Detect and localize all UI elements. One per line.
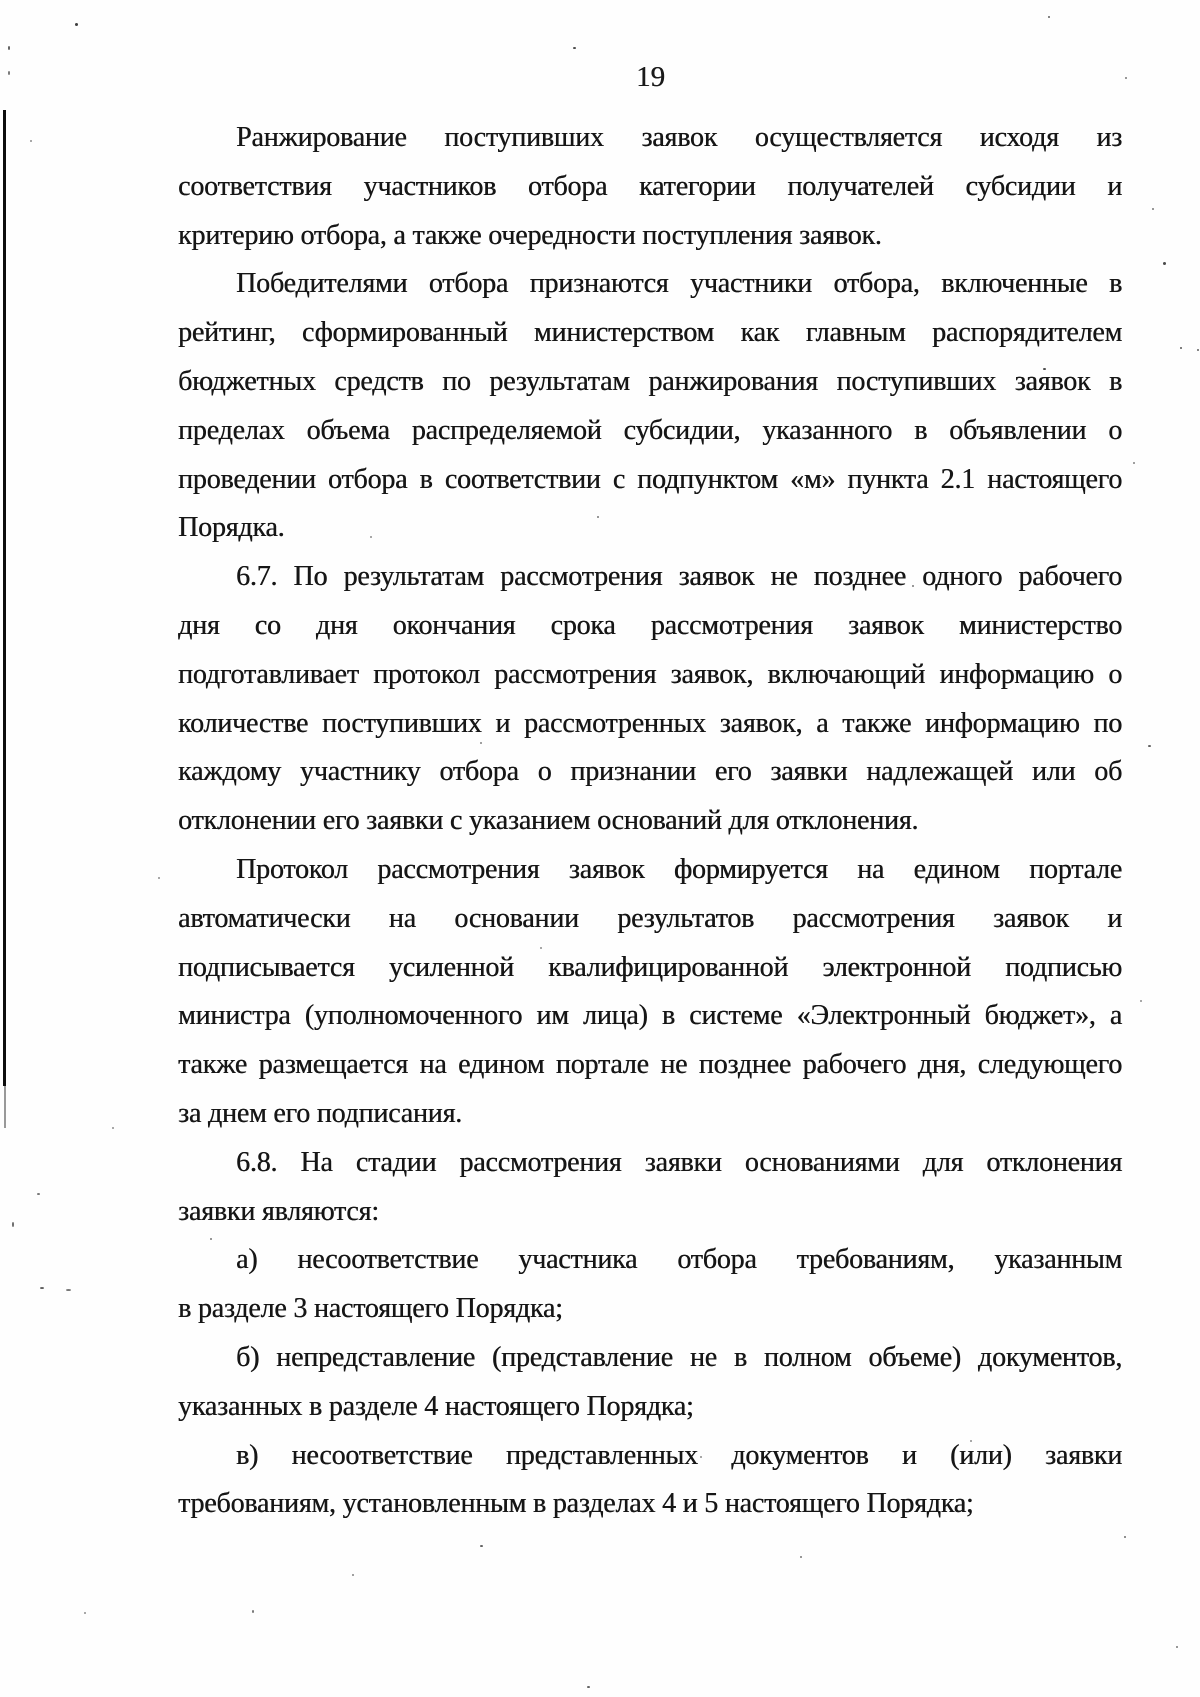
text-line: указанных в разделе 4 настоящего Порядка… xyxy=(178,1383,1122,1432)
scan-speck xyxy=(12,1222,14,1227)
paragraph: 6.8. На стадии рассмотрения заявки основ… xyxy=(178,1139,1122,1237)
scan-speck xyxy=(37,1193,40,1195)
document-body: Ранжирование поступивших заявок осуществ… xyxy=(178,114,1122,1529)
scan-speck xyxy=(84,1612,86,1614)
text-line: отклонении его заявки с указанием основа… xyxy=(178,797,1122,846)
paragraph: Протокол рассмотрения заявок формируется… xyxy=(178,846,1122,1139)
text-line: в разделе 3 настоящего Порядка; xyxy=(178,1285,1122,1334)
text-line: за днем его подписания. xyxy=(178,1090,1122,1139)
text-line: дня со дня окончания срока рассмотрения … xyxy=(178,602,1122,651)
page-number: 19 xyxy=(636,61,665,94)
text-line: соответствия участников отбора категории… xyxy=(178,163,1122,212)
text-line: пределах объема распределяемой субсидии,… xyxy=(178,407,1122,456)
scan-speck xyxy=(1140,1000,1142,1002)
scan-speck xyxy=(1163,262,1166,265)
text-line: подготавливает протокол рассмотрения зая… xyxy=(178,651,1122,700)
scan-edge-line-artifact xyxy=(3,110,6,1086)
scan-speck xyxy=(75,23,78,26)
scan-speck xyxy=(587,1686,590,1688)
scan-speck xyxy=(1180,347,1182,349)
scan-speck xyxy=(352,1574,354,1576)
scan-speck xyxy=(1148,745,1151,747)
scan-speck xyxy=(30,140,32,142)
scan-speck xyxy=(1152,208,1154,210)
text-line: министра (уполномоченного им лица) в сис… xyxy=(178,992,1122,1041)
scan-edge-line-tail-artifact xyxy=(4,1086,6,1128)
scan-speck xyxy=(1048,16,1050,18)
text-line: также размещается на едином портале не п… xyxy=(178,1041,1122,1090)
text-line: требованиям, установленным в разделах 4 … xyxy=(178,1480,1122,1529)
paragraph: а) несоответствие участника отбора требо… xyxy=(178,1236,1122,1334)
scan-speck xyxy=(252,1610,254,1613)
text-line: автоматически на основании результатов р… xyxy=(178,895,1122,944)
text-line: Победителями отбора признаются участники… xyxy=(178,260,1122,309)
paragraph: Ранжирование поступивших заявок осуществ… xyxy=(178,114,1122,260)
text-line: бюджетных средств по результатам ранжиро… xyxy=(178,358,1122,407)
paragraph: 6.7. По результатам рассмотрения заявок … xyxy=(178,553,1122,846)
paragraph: б) непредставление (представление не в п… xyxy=(178,1334,1122,1432)
scan-speck xyxy=(480,1545,483,1547)
text-line: каждому участнику отбора о признании его… xyxy=(178,748,1122,797)
scan-speck xyxy=(1176,1646,1178,1648)
scan-speck xyxy=(1197,349,1199,351)
text-line: подписывается усиленной квалифицированно… xyxy=(178,944,1122,993)
scan-speck xyxy=(66,1289,71,1291)
scan-speck xyxy=(1133,462,1135,464)
text-line: проведении отбора в соответствии с подпу… xyxy=(178,456,1122,505)
text-line: Порядка. xyxy=(178,504,1122,553)
scan-speck xyxy=(40,1287,44,1289)
text-line: критерию отбора, а также очередности пос… xyxy=(178,212,1122,261)
scan-speck xyxy=(158,877,160,879)
scan-speck xyxy=(8,46,10,50)
text-line: Протокол рассмотрения заявок формируется… xyxy=(178,846,1122,895)
scan-speck xyxy=(573,47,576,49)
scan-speck xyxy=(800,1556,802,1558)
scan-speck xyxy=(1125,77,1127,79)
scanned-page: 19 Ранжирование поступивших заявок осуще… xyxy=(0,0,1200,1697)
text-line: в) несоответствие представленных докумен… xyxy=(178,1432,1122,1481)
text-line: Ранжирование поступивших заявок осуществ… xyxy=(178,114,1122,163)
text-line: 6.8. На стадии рассмотрения заявки основ… xyxy=(178,1139,1122,1188)
text-line: б) непредставление (представление не в п… xyxy=(178,1334,1122,1383)
text-line: рейтинг, сформированный министерством ка… xyxy=(178,309,1122,358)
text-line: а) несоответствие участника отбора требо… xyxy=(178,1236,1122,1285)
scan-speck xyxy=(1124,1536,1126,1538)
scan-speck xyxy=(8,71,10,75)
text-line: 6.7. По результатам рассмотрения заявок … xyxy=(178,553,1122,602)
paragraph: Победителями отбора признаются участники… xyxy=(178,260,1122,553)
text-line: количестве поступивших и рассмотренных з… xyxy=(178,700,1122,749)
text-line: заявки являются: xyxy=(178,1188,1122,1237)
scan-speck xyxy=(112,1127,114,1129)
paragraph: в) несоответствие представленных докумен… xyxy=(178,1432,1122,1530)
